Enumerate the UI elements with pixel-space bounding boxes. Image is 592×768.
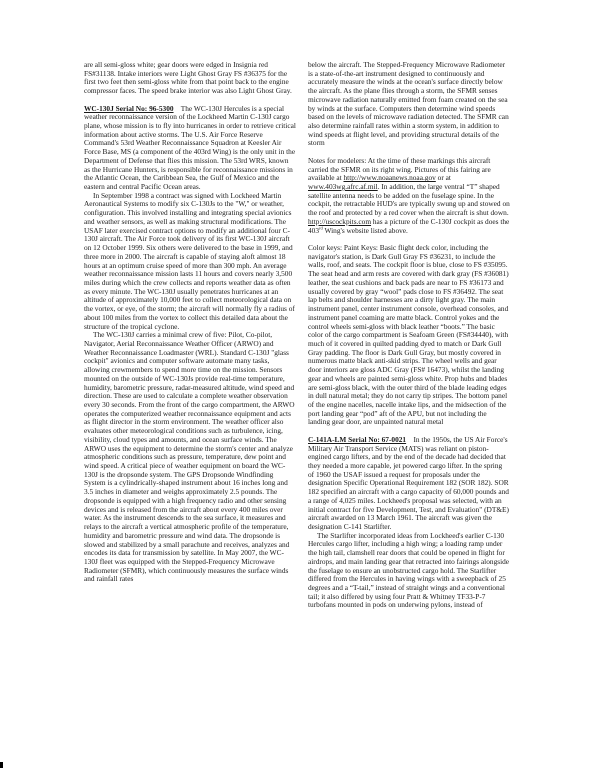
scan-artifact-mark	[48, 10, 54, 16]
document-page: are all semi-gloss white; gear doors wer…	[0, 0, 592, 768]
paragraph-notes-for-modelers: Notes for modelers: At the time of these…	[308, 157, 510, 235]
paragraph-c141-starlifter: The Starlifter incorporated ideas from L…	[308, 532, 510, 610]
paragraph-sfmr: below the aircraft. The Stepped-Frequenc…	[308, 61, 510, 148]
paragraph-paint-continuation: are all semi-gloss white; gear doors wer…	[84, 61, 296, 96]
paragraph-wc130j-crew: The WC-130J carries a minimal crew of fi…	[84, 331, 296, 584]
link-noaanews[interactable]: http://www.noaanews.noaa.gov	[343, 173, 435, 182]
link-403wg[interactable]: www.403wg.afrc.af.mil	[308, 182, 378, 191]
wc130j-intro-text: The WC-130J Hercules is a special weathe…	[84, 104, 296, 191]
right-column: below the aircraft. The Stepped-Frequenc…	[308, 61, 510, 610]
section-heading-c141: C-141A-LM Serial No: 67-0021	[308, 435, 406, 444]
link-uscockpits[interactable]: http://uscockpits.com	[308, 217, 371, 226]
paragraph-c141-intro: C-141A-LM Serial No: 67-0021 In the 1950…	[308, 436, 510, 532]
section-heading-wc130j: WC-130J Serial No: 96-5300	[84, 104, 174, 113]
paragraph-wc130j-contract: In September 1998 a contract was signed …	[84, 192, 296, 332]
c141-intro-text: In the 1950s, the US Air Force's Militar…	[308, 435, 509, 531]
paragraph-color-keys: Color keys: Paint Keys: Basic flight dec…	[308, 244, 510, 427]
scan-artifact-black-mark	[0, 762, 3, 768]
left-column: are all semi-gloss white; gear doors wer…	[84, 61, 296, 584]
paragraph-wc130j-intro: WC-130J Serial No: 96-5300 The WC-130J H…	[84, 105, 296, 192]
